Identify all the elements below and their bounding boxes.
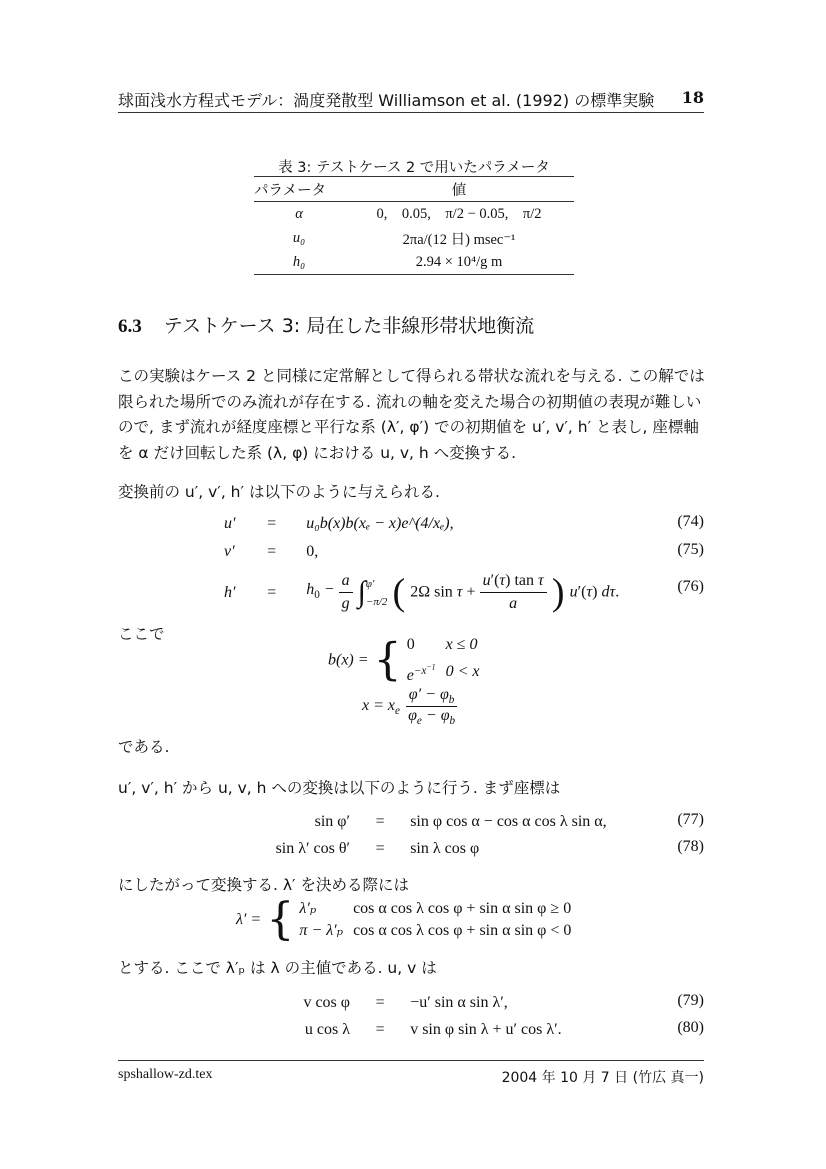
- eq-rhs: sin λ cos φ: [410, 840, 479, 857]
- equation-number: (78): [677, 838, 704, 856]
- paragraph-transform: u′, v′, h′ から u, v, h への変換は以下のように行う. まず座…: [118, 776, 708, 802]
- table-row: u₀ 2πa/(12 日) msec⁻¹: [254, 226, 574, 250]
- equation-number: (80): [677, 1019, 704, 1037]
- equation-79: v cos φ = −u′ sin α sin λ′,: [280, 992, 508, 1012]
- equation-b-of-x: b(x) = { 0x ≤ 0 e−x−10 < x: [328, 634, 489, 687]
- column-header-parameter: パラメータ: [254, 179, 344, 200]
- eq-rhs: sin φ cos α − cos α cos λ sin α,: [410, 813, 607, 830]
- case-condition: cos α cos λ cos φ + sin α sin φ ≥ 0: [353, 898, 581, 920]
- case-value: e−x−1: [407, 656, 446, 687]
- case-value: 0: [407, 634, 446, 656]
- paragraph-lambda: にしたがって変換する. λ′ を決める際には: [118, 873, 708, 899]
- eq-rhs: v sin φ sin λ + u′ cos λ′.: [410, 1021, 561, 1038]
- paragraph-is: である.: [118, 735, 708, 761]
- eq-lhs: u cos λ: [280, 1021, 350, 1039]
- parameter-table: 表 3: テストケース 2 で用いたパラメータ パラメータ 値 α 0, 0.0…: [254, 156, 574, 275]
- eq-lhs: b(x) =: [328, 652, 369, 669]
- equation-number: (79): [677, 992, 704, 1010]
- page-number: 18: [682, 88, 704, 107]
- param-cell: h₀: [254, 254, 344, 271]
- case-condition: 0 < x: [446, 656, 490, 687]
- header-title: 球面浅水方程式モデル：渦度発散型 Williamson et al. (1992…: [118, 88, 654, 111]
- param-cell: α: [254, 206, 344, 223]
- cases-table: λ′ₚcos α cos λ cos φ + sin α sin φ ≥ 0 π…: [299, 898, 581, 942]
- eq-lhs: sin φ′: [250, 813, 350, 831]
- equation-78: sin λ′ cos θ′ = sin λ cos φ: [250, 838, 479, 858]
- equation-lambda-prime: λ′ = { λ′ₚcos α cos λ cos φ + sin α sin …: [236, 898, 581, 942]
- case-condition: x ≤ 0: [446, 634, 490, 656]
- equation-x-definition: x = xe φ′ − φbφe − φb: [362, 686, 458, 727]
- paragraph-principal-value: とする. ここで λ′ₚ は λ の主値である. u, v は: [118, 956, 708, 982]
- eq-lhs: u′: [224, 515, 262, 533]
- section-heading: 6.3テストケース 3: 局在した非線形帯状地衡流: [118, 311, 534, 338]
- equation-number: (77): [677, 811, 704, 829]
- equation-76: h′ = h0 − ag ∫φ′−π/2 ( 2Ω sin τ + u′(τ) …: [224, 570, 619, 615]
- case-value: π − λ′ₚ: [299, 920, 353, 942]
- table-header-row: パラメータ 値: [254, 177, 574, 201]
- eq-rhs: u₀b(x)b(xₑ − x)e^(4/xₑ),: [306, 515, 453, 532]
- eq-lhs: v′: [224, 543, 262, 561]
- section-number: 6.3: [118, 316, 142, 337]
- section-title: テストケース 3: 局在した非線形帯状地衡流: [164, 315, 534, 337]
- eq-rhs: −u′ sin α sin λ′,: [410, 994, 508, 1011]
- eq-lhs: v cos φ: [280, 994, 350, 1012]
- footer-date-author: 2004 年 10 月 7 日 (竹広 真一): [502, 1067, 704, 1087]
- header-rule: [118, 112, 704, 113]
- equation-75: v′ = 0,: [224, 541, 318, 561]
- eq-lhs: sin λ′ cos θ′: [250, 840, 350, 858]
- table-row: h₀ 2.94 × 10⁴/g m: [254, 250, 574, 274]
- equation-number: (74): [677, 513, 704, 531]
- eq-lhs: h′: [224, 582, 262, 604]
- value-cell: 2.94 × 10⁴/g m: [344, 254, 574, 271]
- equation-number: (76): [677, 578, 704, 596]
- paragraph-intro: この実験はケース 2 と同様に定常解として得られる帯状な流れを与える. この解で…: [118, 364, 708, 466]
- value-cell: 0, 0.05, π/2 − 0.05, π/2: [344, 206, 574, 223]
- column-header-value: 値: [344, 179, 574, 200]
- value-cell: 2πa/(12 日) msec⁻¹: [344, 228, 574, 249]
- equation-80: u cos λ = v sin φ sin λ + u′ cos λ′.: [280, 1019, 562, 1039]
- eq-rhs: 0,: [306, 543, 318, 560]
- equation-74: u′ = u₀b(x)b(xₑ − x)e^(4/xₑ),: [224, 513, 454, 533]
- case-value: λ′ₚ: [299, 898, 353, 920]
- cases-table: 0x ≤ 0 e−x−10 < x: [407, 634, 490, 687]
- paragraph-pre-transform: 変換前の u′, v′, h′ は以下のように与えられる.: [118, 480, 708, 506]
- case-condition: cos α cos λ cos φ + sin α sin φ < 0: [353, 920, 581, 942]
- equation-77: sin φ′ = sin φ cos α − cos α cos λ sin α…: [250, 811, 607, 831]
- table-caption: 表 3: テストケース 2 で用いたパラメータ: [254, 156, 574, 176]
- footer-filename: spshallow-zd.tex: [118, 1067, 212, 1083]
- param-cell: u₀: [254, 230, 344, 247]
- footer-rule: [118, 1060, 704, 1061]
- table-row: α 0, 0.05, π/2 − 0.05, π/2: [254, 202, 574, 226]
- eq-lhs: λ′ =: [236, 911, 261, 928]
- table-rule-bottom: [254, 274, 574, 275]
- equation-number: (75): [677, 541, 704, 559]
